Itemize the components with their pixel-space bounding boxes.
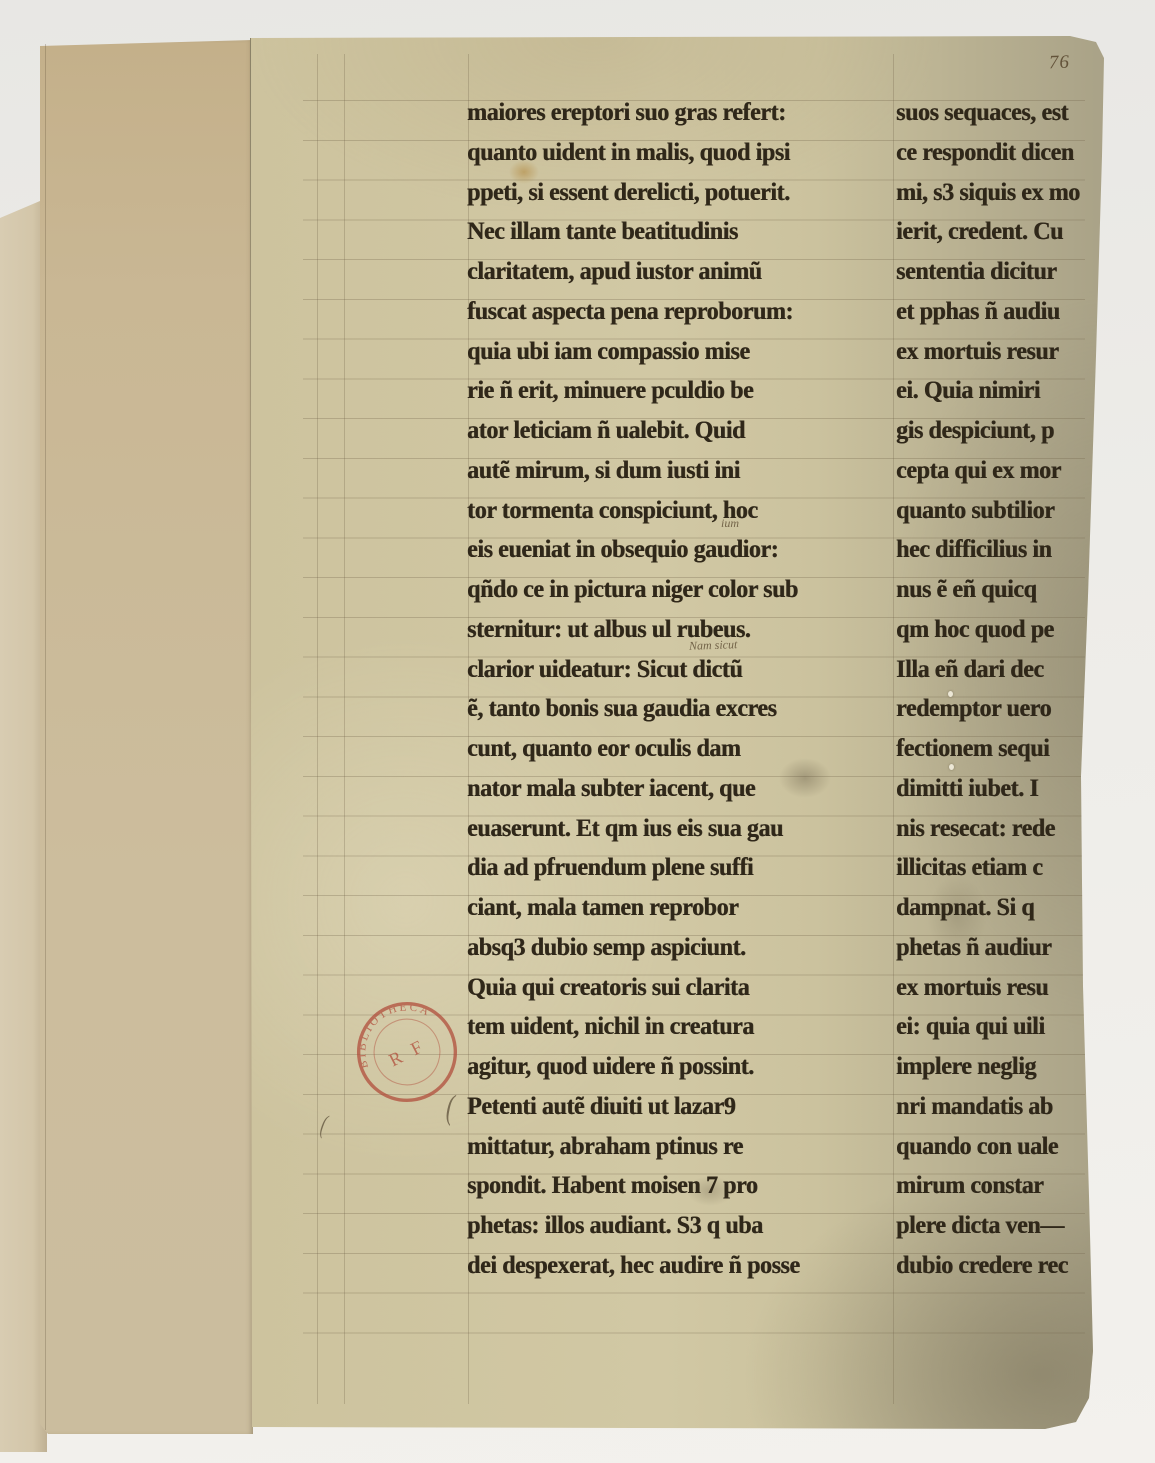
margin-ruling-line	[344, 54, 345, 1404]
manuscript-text-line: redemptor uero	[896, 689, 1131, 730]
manuscript-text-line: rie ñ erit, minuere pculdio be	[467, 371, 863, 412]
manuscript-text-line: Nec illam tante beatitudinis	[467, 212, 863, 253]
manuscript-text-line: claritatem, apud iustor animũ	[467, 252, 863, 293]
text-column-right: suos sequaces, estce respondit dicenmi, …	[896, 93, 1131, 1286]
manuscript-text-line: et pphas ñ audiu	[896, 292, 1131, 333]
manuscript-text-line: autẽ mirum, si dum iusti ini	[467, 451, 863, 492]
underlying-page-edge	[0, 198, 47, 1452]
margin-mark: (	[316, 1111, 331, 1141]
parchment-folio: 76 maiores ereptori suo gras refert:quan…	[250, 36, 1107, 1430]
interlinear-gloss: ium	[721, 516, 739, 531]
manuscript-text-line: Petenti autẽ diuiti ut lazar9	[467, 1087, 863, 1128]
manuscript-text-line: nis resecat: rede	[896, 809, 1131, 850]
manuscript-text-line: ei. Quia nimiri	[896, 371, 1131, 412]
manuscript-text-line: sternitur: ut albus ul rubeus.	[467, 610, 863, 651]
manuscript-text-line: agitur, quod uidere ñ possint.	[467, 1047, 863, 1088]
manuscript-text-line: ẽ, tanto bonis sua gaudia excres	[467, 689, 863, 730]
manuscript-text-line: dimitti iubet. I	[896, 769, 1131, 810]
manuscript-text-line: dampnat. Si q	[896, 888, 1131, 929]
manuscript-text-line: absq3 dubio semp aspiciunt.	[467, 928, 863, 969]
manuscript-text-line: ppeti, si essent derelicti, potuerit.	[467, 173, 863, 214]
manuscript-text-line: fuscat aspecta pena reproborum:	[467, 292, 863, 333]
guard-leaf-crease	[45, 44, 46, 1430]
manuscript-text-line: illicitas etiam c	[896, 848, 1131, 889]
manuscript-text-line: mirum constar	[896, 1166, 1131, 1207]
manuscript-text-line: ator leticiam ñ ualebit. Quid	[467, 411, 863, 452]
manuscript-text-line: mi, s3 siquis ex mo	[896, 173, 1131, 214]
manuscript-text-line: hec difficilius in	[896, 530, 1131, 571]
manuscript-text-line: phetas: illos audiant. S3 q uba	[467, 1206, 863, 1247]
manuscript-text-line: Quia qui creatoris sui clarita	[467, 968, 863, 1009]
folio-number: 76	[1049, 52, 1071, 75]
manuscript-text-line: ex mortuis resu	[896, 968, 1131, 1009]
manuscript-text-line: qñdo ce in pictura niger color sub	[467, 570, 863, 611]
manuscript-text-line: ei: quia qui uili	[896, 1007, 1131, 1048]
manuscript-text-line: tor tormenta conspiciunt, hoc	[467, 491, 863, 532]
manuscript-text-line: tem uident, nichil in creatura	[467, 1007, 863, 1048]
manuscript-text-line: plere dicta ven—	[896, 1206, 1131, 1247]
manuscript-text-line: spondit. Habent moisen 7 pro	[467, 1166, 863, 1207]
manuscript-text-line: dei despexerat, hec audire ñ posse	[467, 1246, 863, 1287]
manuscript-text-line: ierit, credent. Cu	[896, 212, 1131, 253]
manuscript-text-line: phetas ñ audiur	[896, 928, 1131, 969]
manuscript-text-line: ex mortuis resur	[896, 332, 1131, 373]
stamp-center-monogram: R F	[386, 1035, 430, 1070]
manuscript-text-line: nator mala subter iacent, que	[467, 769, 863, 810]
manuscript-text-line: maiores ereptori suo gras refert:	[467, 93, 863, 134]
manuscript-text-line: mittatur, abraham ptinus re	[467, 1127, 863, 1168]
manuscript-text-line: dia ad pfruendum plene suffi	[467, 848, 863, 889]
manuscript-text-line: suos sequaces, est	[896, 93, 1131, 134]
manuscript-text-line: nus ẽ eñ quicq	[896, 570, 1131, 611]
manuscript-text-line: ciant, mala tamen reprobor	[467, 888, 863, 929]
manuscript-text-line: cunt, quanto eor oculis dam	[467, 729, 863, 770]
paper-guard-leaf	[40, 40, 253, 1434]
manuscript-text-line: eis eueniat in obsequio gaudior:	[467, 530, 863, 571]
manuscript-text-line: nri mandatis ab	[896, 1087, 1131, 1128]
manuscript-text-line: euaserunt. Et qm ius eis sua gau	[467, 809, 863, 850]
manuscript-text-line: implere neglig	[896, 1047, 1131, 1088]
manuscript-text-line: clarior uideatur: Sicut dictũ	[467, 650, 863, 691]
manuscript-text-line: quando con uale	[896, 1127, 1131, 1168]
manuscript-text-line: qm hoc quod pe	[896, 610, 1131, 651]
manuscript-text-line: Illa eñ dari dec	[896, 650, 1131, 691]
manuscript-text-line: dubio credere rec	[896, 1246, 1131, 1286]
manuscript-text-line: quanto uident in malis, quod ipsi	[467, 133, 863, 174]
manuscript-text-line: gis despiciunt, p	[896, 411, 1131, 452]
text-column-left: maiores ereptori suo gras refert:quanto …	[467, 93, 863, 1286]
manuscript-text-line: quia ubi iam compassio mise	[467, 332, 863, 373]
manuscript-text-line: ce respondit dicen	[896, 133, 1131, 174]
manuscript-text-line: fectionem sequi	[896, 729, 1131, 770]
column-ruling-line	[893, 54, 894, 1404]
manuscript-scan-page: 76 maiores ereptori suo gras refert:quan…	[0, 0, 1155, 1463]
margin-ruling-line	[317, 54, 318, 1404]
interlinear-gloss: Nam sicut	[689, 637, 738, 654]
library-stamp: BIBLIOTHECA R F	[349, 994, 465, 1110]
manuscript-text-line: cepta qui ex mor	[896, 451, 1131, 492]
manuscript-text-line: quanto subtilior	[896, 491, 1131, 532]
manuscript-text-line: sententia dicitur	[896, 252, 1131, 293]
